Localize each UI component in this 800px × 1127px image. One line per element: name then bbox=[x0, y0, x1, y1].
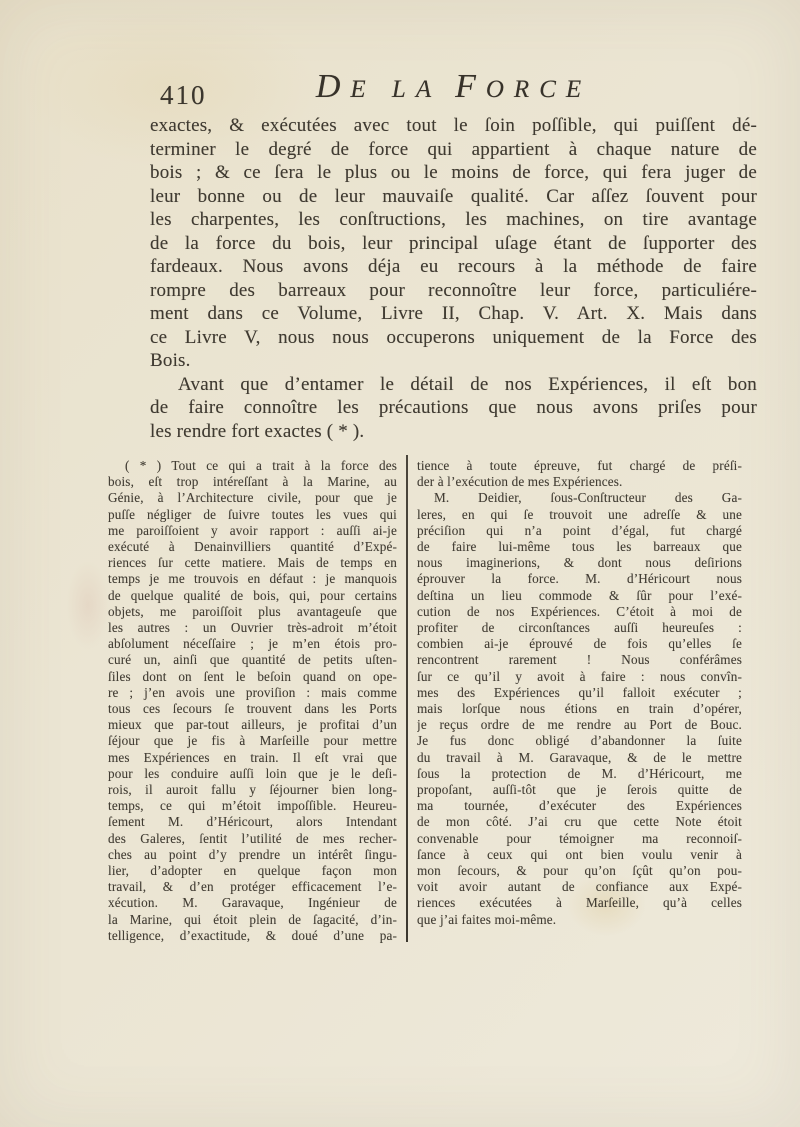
text-line: pour les conduire auſſi loin que je le d… bbox=[108, 766, 397, 782]
text-line: temps, ce qui m’étoit impoſſible. Heureu… bbox=[108, 798, 397, 814]
text-line: bois, eſt trop intéreſſant à la Marine, … bbox=[108, 474, 397, 490]
text-line: ſement M. d’Héricourt, alors Intendant bbox=[108, 814, 397, 830]
text-line: mes Expériences en train. Il eſt vrai qu… bbox=[108, 750, 397, 766]
text-line: de faire lui-même tous les barreaux que bbox=[417, 539, 742, 555]
text-line: leres, en qui ſe trouvoit une adreſſe & … bbox=[417, 507, 742, 523]
paragraph: tience à toute épreuve, fut chargé de pr… bbox=[417, 458, 742, 490]
text-line: ment dans ce Volume, Livre II, Chap. V. … bbox=[150, 302, 757, 326]
running-header: DE LAFORCE bbox=[150, 68, 757, 106]
paragraph: ( * ) Tout ce qui a trait à la force des… bbox=[108, 458, 397, 944]
text-line: riences ſur cette matiere. Mais de temps… bbox=[108, 555, 397, 571]
text-line: tience à toute épreuve, fut chargé de pr… bbox=[417, 458, 742, 474]
text-line: ches au point d’y prendre un intérêt ſin… bbox=[108, 847, 397, 863]
text-line: Génie, à l’Architecture civile, pour que… bbox=[108, 490, 397, 506]
text-line: de mon côté. J’ai cru que cette Note éto… bbox=[417, 814, 742, 830]
text-line: fardeaux. Nous avons déja eu recours à l… bbox=[150, 255, 757, 279]
text-line: de la force du bois, leur principal uſag… bbox=[150, 232, 757, 256]
text-line: rois, il auroit fallu y ſéjourner bien l… bbox=[108, 782, 397, 798]
text-line: ſéjour que je fis à Marſeille pour mettr… bbox=[108, 733, 397, 749]
text-line: préciſion qui n’a point d’égal, fut char… bbox=[417, 523, 742, 539]
footnote-left-column: ( * ) Tout ce qui a trait à la force des… bbox=[108, 458, 397, 944]
book-page: 410 DE LAFORCE exactes, & exécutées avec… bbox=[0, 0, 800, 1127]
text-line: M. Deidier, ſous-Conſtructeur des Ga- bbox=[417, 490, 742, 506]
text-line: ſous la protection de M. d’Héricourt, me bbox=[417, 766, 742, 782]
text-line: objets, me paroiſſoit plus avantageuſe q… bbox=[108, 604, 397, 620]
text-line: ſur ce qu’il y avoit à faire : nous conv… bbox=[417, 669, 742, 685]
text-line: riences exécutées à Marſeille, qu’à cell… bbox=[417, 895, 742, 911]
running-header-text: E LA bbox=[350, 76, 441, 103]
text-line: puſſe négliger de ſuivre toutes les vues… bbox=[108, 507, 397, 523]
text-line: re ; j’en avois une proviſion : mais com… bbox=[108, 685, 397, 701]
text-line: exécuté à Denainvilliers quantité d’Expé… bbox=[108, 539, 397, 555]
text-line: ( * ) Tout ce qui a trait à la force des bbox=[108, 458, 397, 474]
text-line: que j’ai faites moi-même. bbox=[417, 912, 742, 928]
paragraph: M. Deidier, ſous-Conſtructeur des Ga-ler… bbox=[417, 490, 742, 927]
text-line: combien ai-je éprouvé de fois qu’elles ſ… bbox=[417, 636, 742, 652]
text-line: je reçus ordre de me rendre au Port de B… bbox=[417, 717, 742, 733]
text-line: Avant que d’entamer le détail de nos Exp… bbox=[150, 373, 757, 397]
text-line: mieux que par-tout ailleurs, je profitai… bbox=[108, 717, 397, 733]
paragraph: exactes, & exécutées avec tout le ſoin p… bbox=[150, 114, 757, 373]
text-line: me paroiſſoient y avoir rapport : auſſi … bbox=[108, 523, 397, 539]
text-line: der à l’exécution de mes Expériences. bbox=[417, 474, 742, 490]
running-header-initial: D bbox=[316, 68, 351, 105]
text-line: tous ces ſecours ſe trouvent dans les Po… bbox=[108, 701, 397, 717]
text-line: ma tournée, d’exécuter des Expériences bbox=[417, 798, 742, 814]
text-line: ce Livre V, nous nous occuperons uniquem… bbox=[150, 326, 757, 350]
text-line: travail, & d’en protéger efficacement l’… bbox=[108, 879, 397, 895]
text-line: mon ſecours, & pour qu’on ſçût qu’on pou… bbox=[417, 863, 742, 879]
text-line: curé un, ainſi que quantité de petits uſ… bbox=[108, 652, 397, 668]
text-line: convenable pour témoigner ma reconnoiſ- bbox=[417, 831, 742, 847]
text-line: lier, d’adopter en quelque façon mon bbox=[108, 863, 397, 879]
text-line: deſtina un lieu commode & ſûr pour l’exé… bbox=[417, 588, 742, 604]
text-line: les rendre fort exactes ( * ). bbox=[150, 420, 757, 444]
text-line: de quelque qualité de bois, qui, pour ce… bbox=[108, 588, 397, 604]
text-line: ſiles dont on ſent le beſoin quand on op… bbox=[108, 669, 397, 685]
text-line: du travail à M. Garavaque, & de le mettr… bbox=[417, 750, 742, 766]
text-line: Bois. bbox=[150, 349, 757, 373]
paper-stain bbox=[66, 560, 110, 650]
text-line: les autres : un Ouvrier très-adroit m’ét… bbox=[108, 620, 397, 636]
text-line: rompre des barreaux pour reconnoître leu… bbox=[150, 279, 757, 303]
text-line: xécution. M. Garavaque, Ingénieur de bbox=[108, 895, 397, 911]
text-line: rencontrent rarement ! Nous conférâmes bbox=[417, 652, 742, 668]
running-header-text: ORCE bbox=[486, 76, 591, 103]
text-line: mes des Expériences qu’il falloit exécut… bbox=[417, 685, 742, 701]
text-line: la Marine, qui étoit plein de ſagacité, … bbox=[108, 912, 397, 928]
text-line: des Galeres, ſentit l’utilité de mes rec… bbox=[108, 831, 397, 847]
text-line: ſance à ceux qui ont bien voulu venir à bbox=[417, 847, 742, 863]
text-line: mais lorſque nous étions en train d’opér… bbox=[417, 701, 742, 717]
text-line: Je fus donc obligé d’abandonner la ſuite bbox=[417, 733, 742, 749]
text-line: cution de nos Expériences. C’étoit à moi… bbox=[417, 604, 742, 620]
text-line: éprouver la force. M. d’Héricourt nous bbox=[417, 571, 742, 587]
footnote-right-column: tience à toute épreuve, fut chargé de pr… bbox=[417, 458, 742, 944]
text-line: de faire connoître les précautions que n… bbox=[150, 396, 757, 420]
text-line: bois ; & ce ſera le plus ou le moins de … bbox=[150, 161, 757, 185]
text-line: telligence, d’exactitude, & doué d’une p… bbox=[108, 928, 397, 944]
text-line: temps je me trouvois en défaut : je manq… bbox=[108, 571, 397, 587]
text-line: abſolument néceſſaire ; je m’en étois pr… bbox=[108, 636, 397, 652]
text-line: voit avoir autant de confiance aux Expé- bbox=[417, 879, 742, 895]
text-line: les charpentes, les conſtructions, les m… bbox=[150, 208, 757, 232]
footnote-column-divider bbox=[406, 455, 408, 942]
footnote-block: ( * ) Tout ce qui a trait à la force des… bbox=[108, 458, 742, 944]
text-line: nous imaginerions, & dont nous deſirions bbox=[417, 555, 742, 571]
running-header-initial: F bbox=[455, 68, 486, 105]
text-line: profiter de circonſtances auſſi heureuſe… bbox=[417, 620, 742, 636]
main-text-block: exactes, & exécutées avec tout le ſoin p… bbox=[150, 114, 757, 443]
text-line: propoſant, auſſi-tôt que je ſerois quitt… bbox=[417, 782, 742, 798]
text-line: leur bonne ou de leur mauvaiſe qualité. … bbox=[150, 185, 757, 209]
text-line: exactes, & exécutées avec tout le ſoin p… bbox=[150, 114, 757, 138]
text-line: terminer le degré de force qui appartien… bbox=[150, 138, 757, 162]
paragraph: Avant que d’entamer le détail de nos Exp… bbox=[150, 373, 757, 444]
